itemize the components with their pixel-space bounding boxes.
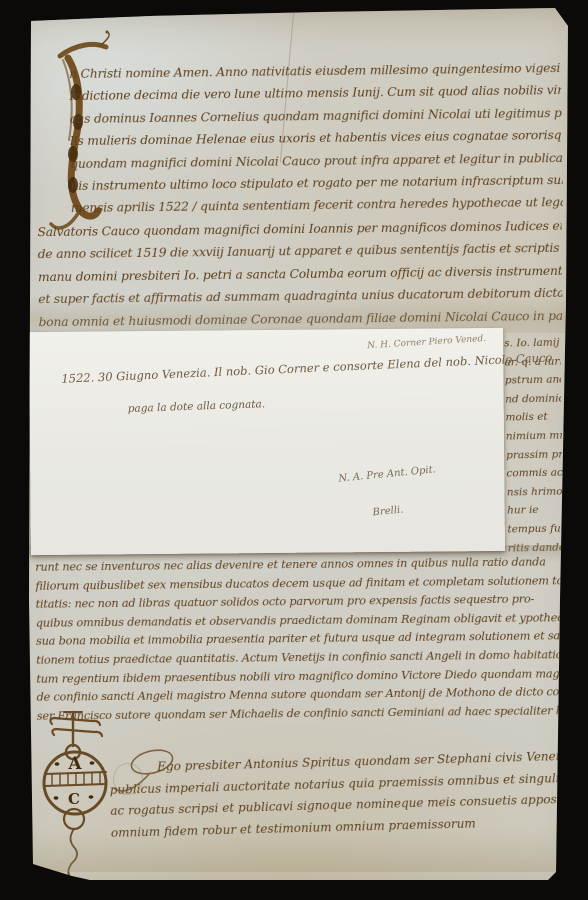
manuscript-line: nimium mr (506, 426, 562, 446)
slip-main-line: 1522. 30 Giugno Venezia. Il nob. Gio Cor… (61, 350, 552, 385)
manuscript-line: pstrum and (505, 371, 561, 391)
sign-letter-c: C (68, 790, 80, 808)
manuscript-top-block-full: Salvatoris Cauco quondam magnifici domin… (37, 215, 562, 333)
notarial-sign: A C (40, 700, 120, 875)
slip-notary-annotation: N. A. Pre Ant. Opit. (338, 464, 436, 484)
parchment: n Christi nomine Amen. Anno nativitatis … (0, 0, 588, 900)
slip-notary-paraph: Brelli. (372, 504, 404, 518)
photo-background: n Christi nomine Amen. Anno nativitatis … (0, 0, 588, 900)
manuscript-line: hur ie (507, 501, 563, 521)
manuscript-line: nd dominicus (505, 389, 561, 409)
faint-ink-circle (113, 763, 143, 795)
slip-second-line: paga la dote alla cognata. (128, 398, 266, 415)
archival-slip: N. H. Corner Piero Vened. 1522. 30 Giugn… (29, 328, 505, 555)
manuscript-line: molis et (505, 408, 561, 428)
manuscript-line: nsis hrimo (507, 482, 563, 502)
manuscript-line: commis ac (506, 464, 562, 484)
manuscript-line: tempus fuit (507, 519, 563, 539)
slip-corner-annotation: N. H. Corner Piero Vened. (367, 334, 486, 351)
sign-letter-a: A (67, 754, 82, 774)
manuscript-top-block: n Christi nomine Amen. Anno nativitatis … (69, 57, 563, 220)
manuscript-line: prassim prin- (506, 445, 562, 465)
manuscript-line-endings: s. Io. lamijar. q. a iurlipstrum andnd d… (504, 334, 564, 558)
